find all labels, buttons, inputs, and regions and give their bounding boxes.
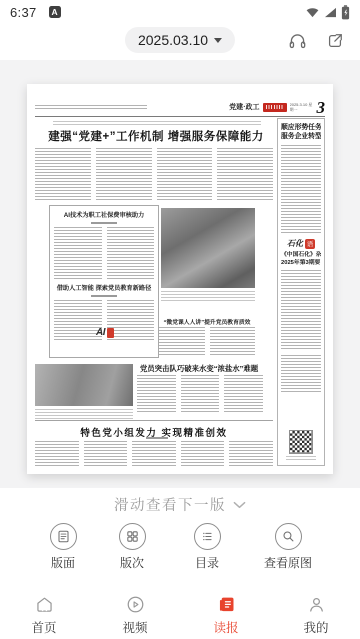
ai-graphic: AI [96,327,114,338]
issue-info: 2025.3.10 星期一 [290,102,314,113]
wifi-icon [305,7,320,18]
byline-bar [91,295,117,297]
masthead-microtext [35,105,147,109]
status-icons [305,5,350,20]
tab-newspaper[interactable]: 读报 [196,594,256,636]
newspaper-icon [216,594,237,615]
list-icon [194,523,221,550]
ai-logo-text: AI [96,327,105,338]
right-column-notes [281,355,321,393]
share-icon [325,31,345,51]
signal-icon [324,7,337,18]
main-article-body [35,148,273,202]
battery-icon [341,5,350,20]
magnifier-icon [275,523,302,550]
grid-icon [119,523,146,550]
kicker-line [53,121,261,125]
byline-bar [91,222,117,224]
right-column-article[interactable]: 顺应形势任务政工 服务企业转型发展 石化 语 《中国石化》杂志 2025年第3期… [277,118,325,466]
qr-code [289,430,313,454]
section-label: 党建·政工 [229,102,259,112]
chevron-down-icon [233,501,246,509]
bottom-article-body [35,441,273,468]
shihua-yu-logo: 石化 语 [281,238,321,249]
paper-masthead: 党建·政工 2025.3.10 星期一 3 [35,98,325,117]
tab-bar: 首页 视频 读报 我的 [0,588,360,639]
tab-label: 首页 [31,618,56,636]
swipe-hint-text: 滑动查看下一版 [114,494,226,515]
chevron-down-icon [214,38,222,43]
tab-label: 读报 [213,618,238,636]
toolbar-item-editions[interactable]: 版次 [102,523,162,571]
tab-video[interactable]: 视频 [105,594,165,636]
home-icon [34,594,55,615]
article-photo-planting [35,364,133,406]
right-column-body [281,145,321,233]
date-selector[interactable]: 2025.03.10 [125,27,235,53]
red-stamp [107,328,114,338]
toolbar-label: 目录 [195,554,219,571]
divider [35,420,273,421]
mid-article-body [159,327,255,357]
right-headline-line2: 服务企业转型发展 [281,132,321,141]
tab-profile[interactable]: 我的 [286,594,346,636]
qr-caption [286,456,316,461]
page-icon [50,523,77,550]
headphones-icon [287,31,308,52]
toolbar-item-contents[interactable]: 目录 [177,523,237,571]
header: 2025.03.10 [0,22,360,60]
clock: 6:37 [10,5,37,20]
shihua-logo-text: 石化 [287,238,303,249]
boxed-article[interactable]: AI技术为职工社保费审核助力 借助人工智能 探索党员教育新路径 AI [49,205,159,358]
listen-button[interactable] [284,28,310,54]
page-number: 3 [317,99,326,116]
lower-headline[interactable]: 党员突击队巧破来水变“浓盐水”难题 [135,363,263,374]
tab-label: 视频 [122,618,147,636]
toolbar-label: 版次 [120,554,144,571]
notification-icon-a: A [49,6,61,18]
masthead-red-badge [263,103,287,112]
photo-caption [35,409,133,419]
magazine-title-line2: 2025年第3期要目 [281,259,321,267]
box-headline-1: AI技术为职工社保费审核助力 [54,210,154,219]
magazine-contents-list [281,270,321,350]
box-headline-2: 借助人工智能 探索党员教育新路径 [54,283,154,292]
toolbar-label: 查看原图 [264,554,312,571]
share-button[interactable] [322,28,348,54]
status-bar: 6:37 A [0,0,360,22]
swipe-hint: 滑动查看下一版 [0,494,360,515]
lower-article-body [137,375,263,414]
video-icon [125,594,146,615]
tab-label: 我的 [303,618,328,636]
box-body-1 [54,227,154,279]
right-headline-line1: 顺应形势任务政工 [281,123,321,132]
box-body-2: AI [54,300,154,340]
toolbar-label: 版面 [51,554,75,571]
article-photo-workers [161,208,255,288]
profile-icon [306,594,327,615]
byline-bar [146,437,168,439]
tab-home[interactable]: 首页 [14,594,74,636]
yu-red-badge: 语 [305,239,315,249]
main-headline[interactable]: 建强“党建+”工作机制 增强服务保障能力 [39,128,273,144]
toolbar-item-layout[interactable]: 版面 [33,523,93,571]
toolbar-item-view-original[interactable]: 查看原图 [253,523,323,571]
newspaper-page[interactable]: 党建·政工 2025.3.10 星期一 3 建强“党建+”工作机制 增强服务保障… [27,84,333,474]
photo-caption [161,291,255,301]
date-label: 2025.03.10 [138,32,208,48]
mid-headline[interactable]: “微党课人人讲”提升党员教育质效 [155,317,259,326]
magazine-title-line1: 《中国石化》杂志 [281,251,321,259]
